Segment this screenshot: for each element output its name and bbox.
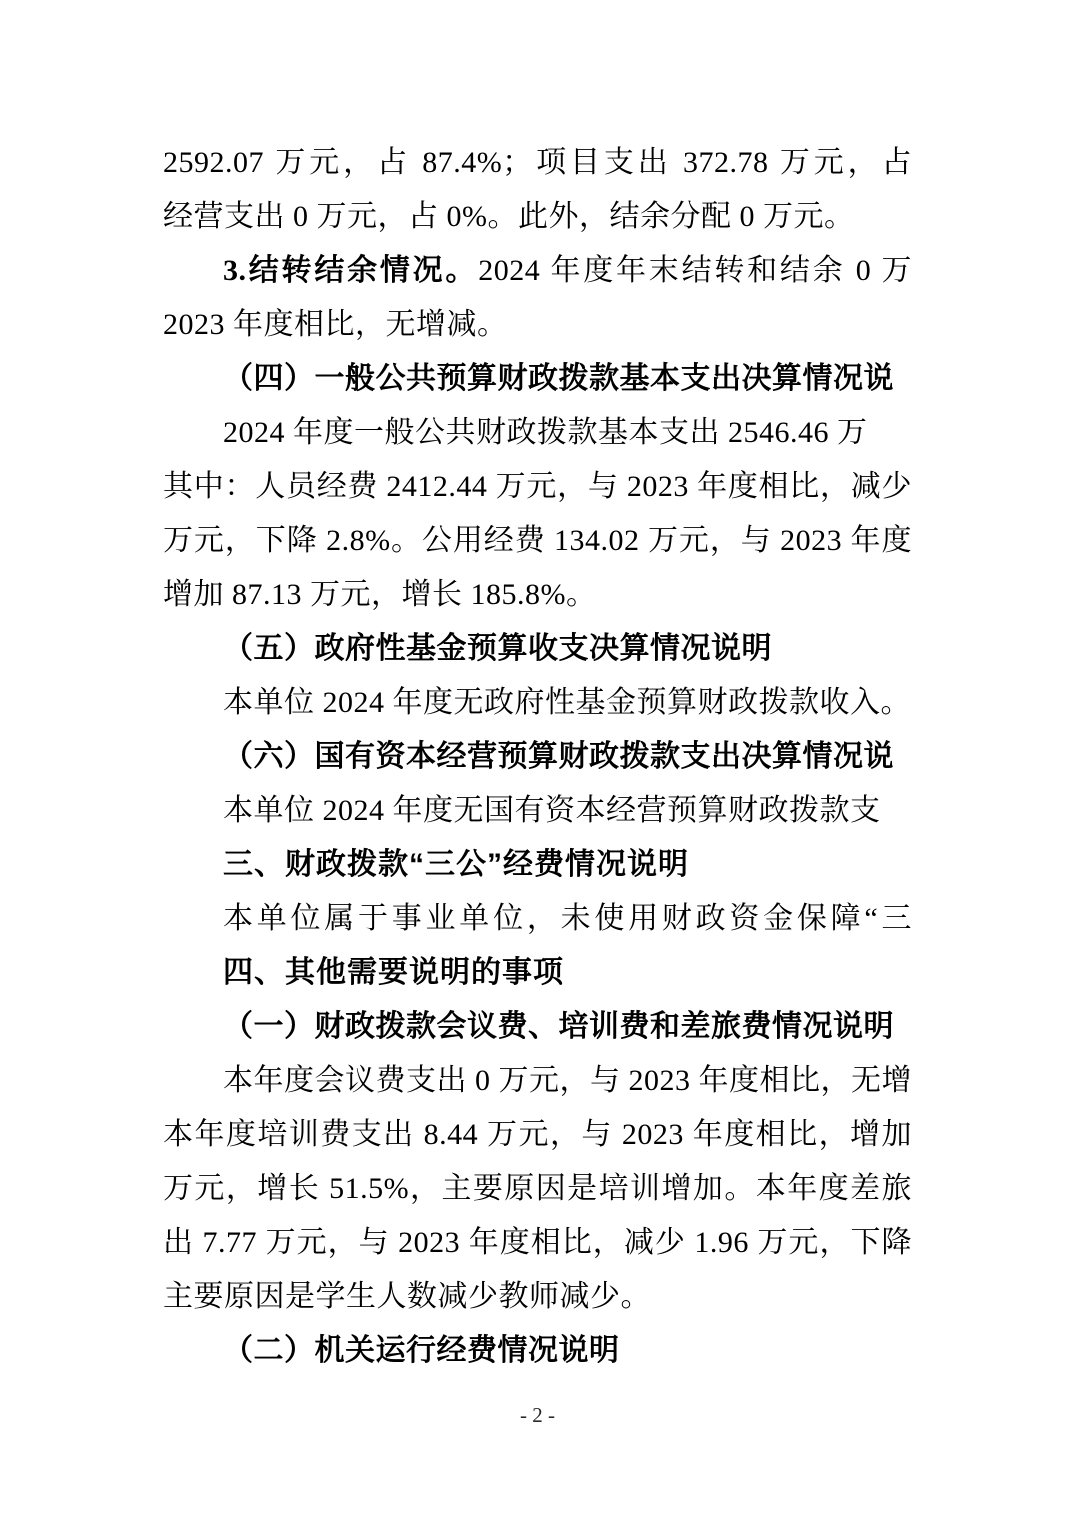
document-page: 2592.07 万元，占 87.4%；项目支出 372.78 万元，占 12.6… [0, 0, 1075, 1520]
body-line-carryover-start: 3.结转结余情况。2024 年度年末结转和结余 0 万元，与 [163, 244, 912, 298]
heading-section-1-meeting-training-travel: （一）财政拨款会议费、培训费和差旅费情况说明 [163, 1000, 912, 1054]
heading-section-2-operating-funds: （二）机关运行经费情况说明 [163, 1324, 912, 1378]
body-line-travel-expense: 出 7.77 万元，与 2023 年度相比，减少 1.96 万元，下降 20.1… [163, 1216, 912, 1270]
body-line-public-expense: 万元，下降 2.8%。公用经费 134.02 万元，与 2023 年度相比， [163, 514, 912, 568]
heading-part-3-three-public-funds: 三、财政拨款“三公”经费情况说明 [163, 838, 912, 892]
carryover-lead-label: 3.结转结余情况。 [223, 254, 478, 287]
body-line-personnel-expense: 其中：人员经费 2412.44 万元，与 2023 年度相比，减少 69.43 [163, 460, 912, 514]
body-line-meeting-expense: 本年度会议费支出 0 万元，与 2023 年度相比，无增减。 [163, 1054, 912, 1108]
body-line-training-expense: 本年度培训费支出 8.44 万元，与 2023 年度相比，增加 2.86 [163, 1108, 912, 1162]
document-viewport: { "colors": { "text": "#000000", "backgr… [0, 0, 1075, 1520]
heading-part-4-other-matters: 四、其他需要说明的事项 [163, 946, 912, 1000]
body-line-expenditure-ratio: 2592.07 万元，占 87.4%；项目支出 372.78 万元，占 12.6… [163, 136, 912, 190]
body-line-training-growth: 万元，增长 51.5%，主要原因是培训增加。本年度差旅费支 [163, 1162, 912, 1216]
body-line-public-expense-growth: 增加 87.13 万元，增长 185.8%。 [163, 568, 912, 622]
body-line-institution-statement: 本单位属于事业单位，未使用财政资金保障“三公”经费 [163, 892, 912, 946]
heading-section-4-basic-expenditure: （四）一般公共预算财政拨款基本支出决算情况说明 [163, 352, 912, 406]
body-line-no-state-capital: 本单位 2024 年度无国有资本经营预算财政拨款支出。 [163, 784, 912, 838]
body-line-no-government-fund: 本单位 2024 年度无政府性基金预算财政拨款收入。 [163, 676, 912, 730]
heading-section-6-state-capital: （六）国有资本经营预算财政拨款支出决算情况说明 [163, 730, 912, 784]
heading-section-5-government-fund: （五）政府性基金预算收支决算情况说明 [163, 622, 912, 676]
body-line-carryover-end: 2023 年度相比，无增减。 [163, 298, 912, 352]
body-line-basic-expenditure-total: 2024 年度一般公共财政拨款基本支出 2546.46 万元。 [163, 406, 912, 460]
body-line-travel-reason: 主要原因是学生人数减少教师减少。 [163, 1270, 912, 1324]
page-number: - 2 - [0, 1400, 1075, 1430]
body-line-operating-expense: 经营支出 0 万元，占 0%。此外，结余分配 0 万元。 [163, 190, 912, 244]
